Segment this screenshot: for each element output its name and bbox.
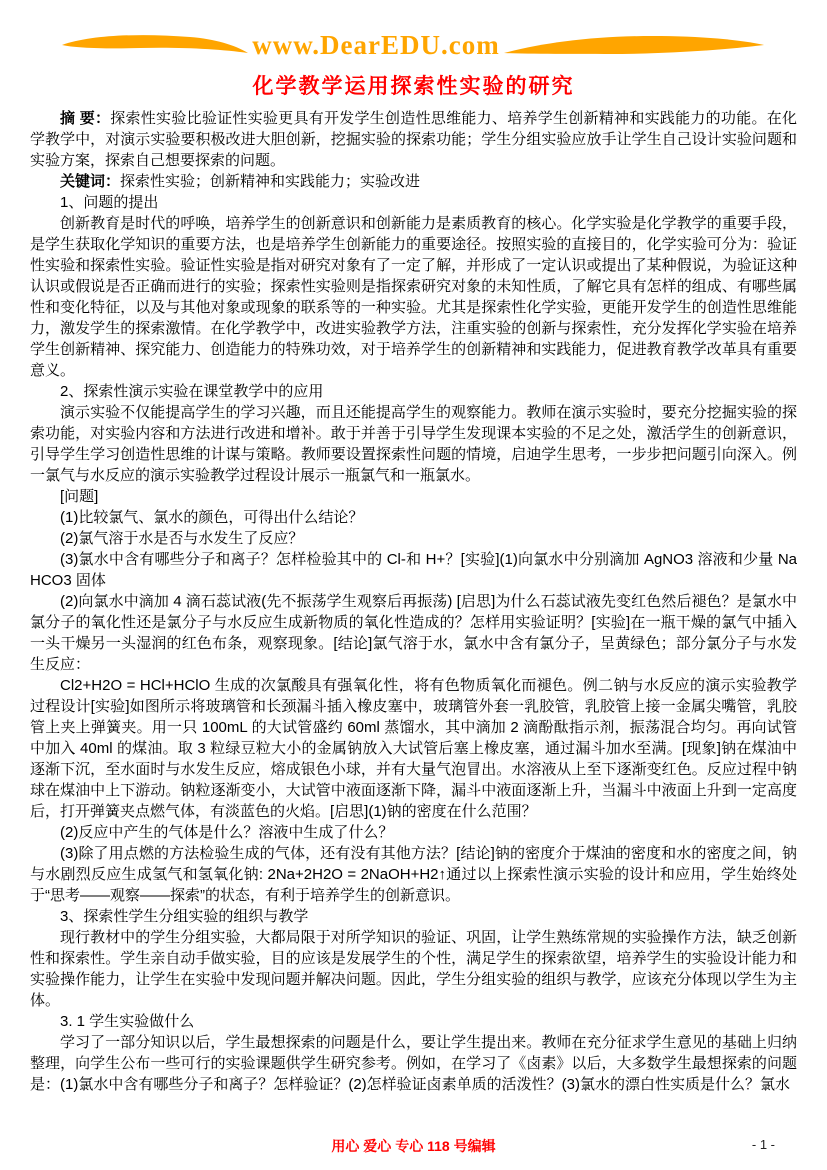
site-logo-text: www.DearEDU.com (250, 30, 501, 61)
document-body: 摘 要：探索性实验比验证性实验更具有开发学生创造性思维能力、培养学生创新精神和实… (30, 108, 797, 1095)
page-number: - 1 - (752, 1137, 775, 1152)
section-heading-3-1: 3. 1 学生实验做什么 (30, 1011, 797, 1032)
question-item-2: (2)氯气溶于水是否与水发生了反应？ (30, 528, 797, 549)
site-banner: www.DearEDU.com (30, 26, 797, 64)
banner-swoosh-right-icon (502, 29, 767, 61)
keywords-label: 关键词： (60, 173, 120, 190)
keywords-text: 探索性实验；创新精神和实践能力；实验改进 (120, 173, 420, 190)
paragraph: 创新教育是时代的呼唤，培养学生的创新意识和创新能力是素质教育的核心。化学实验是化… (30, 213, 797, 381)
abstract-text: 探索性实验比验证性实验更具有开发学生创造性思维能力、培养学生创新精神和实践能力的… (30, 110, 797, 169)
abstract-label: 摘 要： (60, 110, 110, 127)
keywords-paragraph: 关键词：探索性实验；创新精神和实践能力；实验改进 (30, 171, 797, 192)
paragraph: 学习了一部分知识以后，学生最想探索的问题是什么，要让学生提出来。教师在充分征求学… (30, 1032, 797, 1095)
question-item-1: (1)比较氯气、氯水的颜色，可得出什么结论？ (30, 507, 797, 528)
experiment-paragraph: (2)向氯水中滴加 4 滴石蕊试液(先不振荡学生观察后再振荡) [启思]为什么石… (30, 591, 797, 675)
section-heading-1: 1、问题的提出 (30, 192, 797, 213)
paragraph: 现行教材中的学生分组实验，大都局限于对所学知识的验证、巩固，让学生熟练常规的实验… (30, 927, 797, 1011)
section-heading-2: 2、探索性演示实验在课堂教学中的应用 (30, 381, 797, 402)
footer-slogan: 用心 爱心 专心 118 号编辑 (0, 1136, 827, 1156)
question-item-3: (3)氯水中含有哪些分子和离子？怎样检验其中的 Cl-和 H+？[实验](1)向… (30, 549, 797, 591)
question-item-4: (2)反应中产生的气体是什么？溶液中生成了什么？ (30, 822, 797, 843)
page-footer: 用心 爱心 专心 118 号编辑 - 1 - (0, 1136, 827, 1154)
question-block-label: [问题] (30, 486, 797, 507)
page-title: 化学教学运用探索性实验的研究 (30, 70, 797, 100)
document-page: www.DearEDU.com 化学教学运用探索性实验的研究 摘 要：探索性实验… (0, 26, 827, 1095)
abstract-paragraph: 摘 要：探索性实验比验证性实验更具有开发学生创造性思维能力、培养学生创新精神和实… (30, 108, 797, 171)
section-heading-3: 3、探索性学生分组实验的组织与教学 (30, 906, 797, 927)
banner-swoosh-left-icon (60, 29, 250, 61)
paragraph: 演示实验不仅能提高学生的学习兴趣，而且还能提高学生的观察能力。教师在演示实验时，… (30, 402, 797, 486)
equation-paragraph: Cl2+H2O = HCl+HClO 生成的次氯酸具有强氧化性，将有色物质氧化而… (30, 675, 797, 822)
conclusion-paragraph: (3)除了用点燃的方法检验生成的气体，还有没有其他方法？[结论]钠的密度介于煤油… (30, 843, 797, 906)
